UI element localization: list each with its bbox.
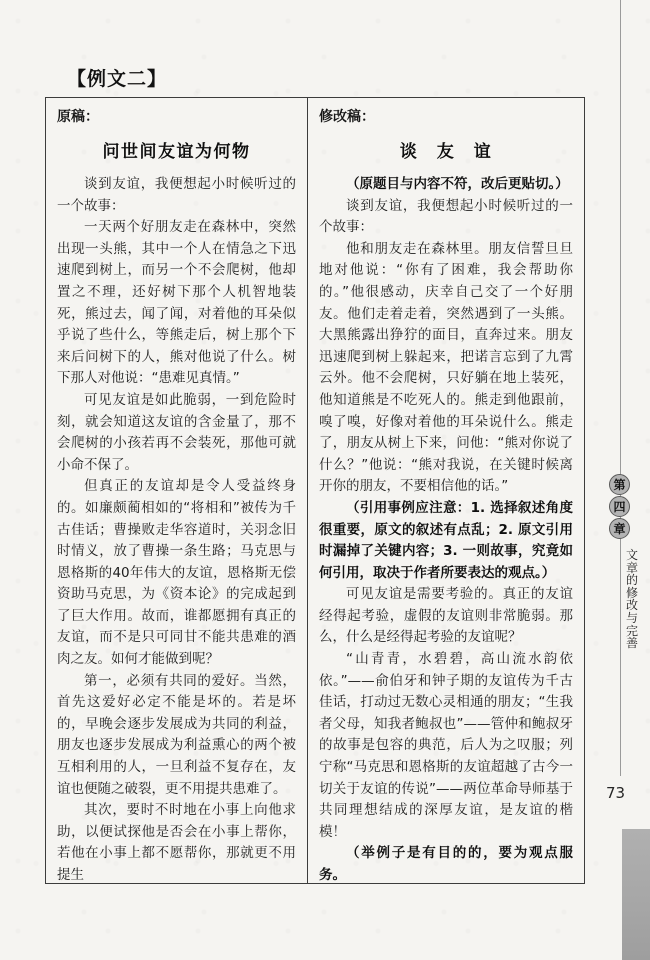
original-essay-body: 谈到友谊，我便想起小时候听过的一个故事：一天两个好朋友走在森林中，突然出现一头熊…: [57, 174, 296, 883]
essay-paragraph: “山青青，水碧碧，高山流水韵依依。”——俞伯牙和钟子期的友谊传为千古佳话，打动过…: [319, 649, 573, 843]
chapter-title-char: 与: [626, 612, 638, 625]
essay-paragraph: 他和朋友走在森林里。朋友信誓旦旦地对他说：“你有了困难，我会帮助你的。”他很感动…: [319, 239, 573, 498]
essay-paragraph: 谈到友谊，我便想起小时候听过的一个故事：: [57, 174, 296, 217]
essay-paragraph: 一天两个好朋友走在森林中，突然出现一头熊，其中一个人在情急之下迅速爬到树上，而另…: [57, 217, 296, 390]
essay-paragraph: 但真正的友谊却是令人受益终身的。如廉颇蔺相如的“将相和”被传为千古佳话；曹操败走…: [57, 476, 296, 670]
chapter-title-char: 的: [626, 574, 638, 587]
revised-draft-label: 修改稿：: [319, 106, 573, 128]
essay-paragraph: 其次，要时不时地在小事上向他求助，以便试探他是否会在小事上帮你，若他在小事上都不…: [57, 800, 296, 883]
essay-paragraph: 谈到友谊，我便想起小时候听过的一个故事：: [319, 196, 573, 239]
corner-tab-block: [622, 829, 650, 960]
revised-draft-column: 修改稿： 谈 友 谊 （原题目与内容不符，改后更贴切。）谈到友谊，我便想起小时候…: [308, 98, 584, 883]
page-number: 73: [606, 784, 625, 802]
revised-essay-title: 谈 友 谊: [319, 137, 573, 162]
chapter-title-char: 文: [626, 549, 638, 562]
essay-paragraph: 可见友谊是如此脆弱，一到危险时刻，就会知道这友谊的含金量了，那不会爬树的小孩若再…: [57, 390, 296, 476]
original-essay-title: 问世间友谊为何物: [57, 137, 296, 162]
chapter-badge-circle: 四: [609, 496, 630, 517]
original-draft-column: 原稿： 问世间友谊为何物 谈到友谊，我便想起小时候听过的一个故事：一天两个好朋友…: [46, 98, 308, 883]
chapter-title-char: 善: [626, 637, 638, 650]
revision-comment: （引用事例应注意：1. 选择叙述角度很重要，原文的叙述有点乱；2. 原文引用时漏…: [319, 498, 573, 584]
revised-essay-body: （原题目与内容不符，改后更贴切。）谈到友谊，我便想起小时候听过的一个故事：他和朋…: [319, 174, 573, 883]
revision-comment: （原题目与内容不符，改后更贴切。）: [319, 174, 573, 196]
essay-paragraph: 可见友谊是需要考验的。真正的友谊经得起考验，虚假的友谊则非常脆弱。那么，什么是经…: [319, 584, 573, 649]
chapter-title-vertical: 文章的修改与完善: [623, 549, 641, 650]
draft-comparison-table: 原稿： 问世间友谊为何物 谈到友谊，我便想起小时候听过的一个故事：一天两个好朋友…: [45, 97, 585, 884]
original-draft-label: 原稿：: [57, 106, 296, 128]
section-header: 【例文二】: [67, 64, 167, 91]
chapter-badge-circle: 章: [609, 518, 630, 539]
chapter-badge-circle: 第: [609, 474, 630, 495]
essay-paragraph: 第一，必须有共同的爱好。当然，首先这爱好必定不能是坏的。若是坏的，早晚会逐步发展…: [57, 671, 296, 801]
margin-rule-line: [620, 0, 621, 776]
revision-comment: （举例子是有目的的，要为观点服务。: [319, 843, 573, 883]
chapter-number-badge: 第四章: [609, 474, 631, 539]
